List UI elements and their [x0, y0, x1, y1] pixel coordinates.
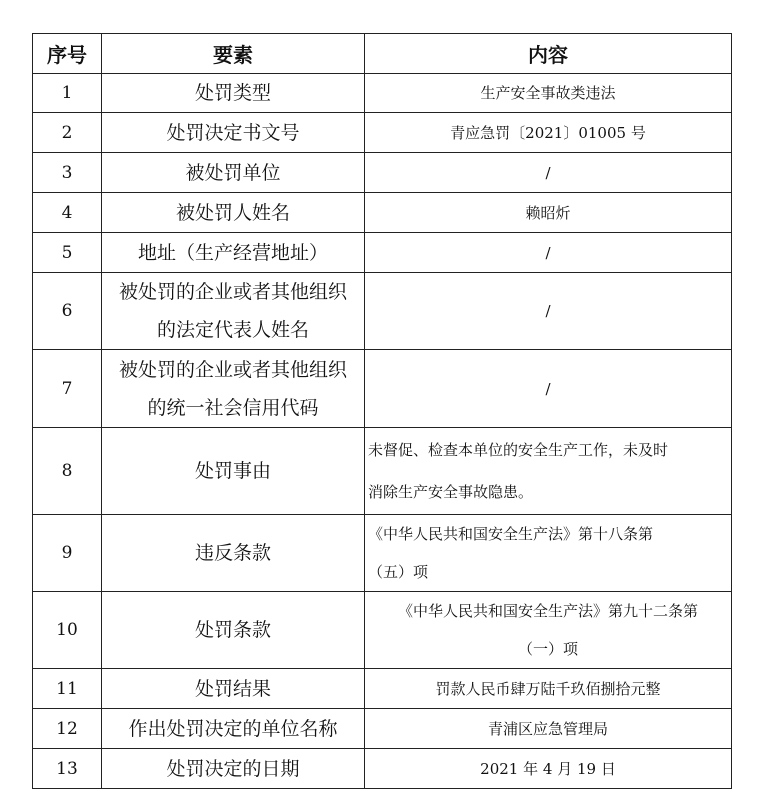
row-content: 赖昭炘: [365, 193, 732, 233]
row-no: 4: [33, 193, 102, 233]
table-row: 1 处罚类型 生产安全事故类违法: [33, 74, 732, 113]
row-content: /: [365, 153, 732, 193]
table-row: 10 处罚条款 《中华人民共和国安全生产法》第九十二条第 （一）项: [33, 592, 732, 669]
row-no: 11: [33, 669, 102, 709]
row-no: 2: [33, 113, 102, 153]
row-content: 《中华人民共和国安全生产法》第九十二条第 （一）项: [365, 592, 732, 669]
row-content: /: [365, 350, 732, 428]
row-content: 生产安全事故类违法: [365, 74, 732, 113]
row-no: 12: [33, 709, 102, 749]
table-row: 3 被处罚单位 /: [33, 153, 732, 193]
row-no: 5: [33, 233, 102, 273]
row-no: 1: [33, 74, 102, 113]
row-item: 处罚决定的日期: [102, 749, 365, 789]
penalty-info-table: 序号 要素 内容 1 处罚类型 生产安全事故类违法 2 处罚决定书文号 青应急罚…: [32, 33, 732, 789]
row-content: /: [365, 233, 732, 273]
table-row: 11 处罚结果 罚款人民币肆万陆千玖佰捌拾元整: [33, 669, 732, 709]
table-row: 7 被处罚的企业或者其他组织 的统一社会信用代码 /: [33, 350, 732, 428]
row-item: 被处罚的企业或者其他组织 的统一社会信用代码: [102, 350, 365, 428]
table-header-row: 序号 要素 内容: [33, 34, 732, 74]
row-no: 8: [33, 428, 102, 515]
row-item: 被处罚人姓名: [102, 193, 365, 233]
row-content: /: [365, 273, 732, 350]
table-row: 13 处罚决定的日期 2021 年 4 月 19 日: [33, 749, 732, 789]
table-row: 5 地址（生产经营地址） /: [33, 233, 732, 273]
table-row: 8 处罚事由 未督促、检查本单位的安全生产工作，未及时 消除生产安全事故隐患。: [33, 428, 732, 515]
row-content: 罚款人民币肆万陆千玖佰捌拾元整: [365, 669, 732, 709]
row-content: 未督促、检查本单位的安全生产工作，未及时 消除生产安全事故隐患。: [365, 428, 732, 515]
row-item: 违反条款: [102, 515, 365, 592]
header-content: 内容: [365, 34, 732, 74]
row-no: 13: [33, 749, 102, 789]
header-item: 要素: [102, 34, 365, 74]
row-item: 处罚条款: [102, 592, 365, 669]
row-no: 3: [33, 153, 102, 193]
row-item: 被处罚单位: [102, 153, 365, 193]
row-item: 处罚决定书文号: [102, 113, 365, 153]
row-item: 作出处罚决定的单位名称: [102, 709, 365, 749]
row-no: 6: [33, 273, 102, 350]
row-content: 青应急罚〔2021〕01005 号: [365, 113, 732, 153]
table-row: 12 作出处罚决定的单位名称 青浦区应急管理局: [33, 709, 732, 749]
table-row: 6 被处罚的企业或者其他组织 的法定代表人姓名 /: [33, 273, 732, 350]
row-no: 9: [33, 515, 102, 592]
table-row: 9 违反条款 《中华人民共和国安全生产法》第十八条第 （五）项: [33, 515, 732, 592]
row-content: 青浦区应急管理局: [365, 709, 732, 749]
table-row: 4 被处罚人姓名 赖昭炘: [33, 193, 732, 233]
row-content: 《中华人民共和国安全生产法》第十八条第 （五）项: [365, 515, 732, 592]
row-item: 被处罚的企业或者其他组织 的法定代表人姓名: [102, 273, 365, 350]
row-item: 处罚事由: [102, 428, 365, 515]
row-item: 处罚类型: [102, 74, 365, 113]
table-row: 2 处罚决定书文号 青应急罚〔2021〕01005 号: [33, 113, 732, 153]
row-no: 10: [33, 592, 102, 669]
row-item: 地址（生产经营地址）: [102, 233, 365, 273]
row-no: 7: [33, 350, 102, 428]
row-content: 2021 年 4 月 19 日: [365, 749, 732, 789]
row-item: 处罚结果: [102, 669, 365, 709]
header-no: 序号: [33, 34, 102, 74]
